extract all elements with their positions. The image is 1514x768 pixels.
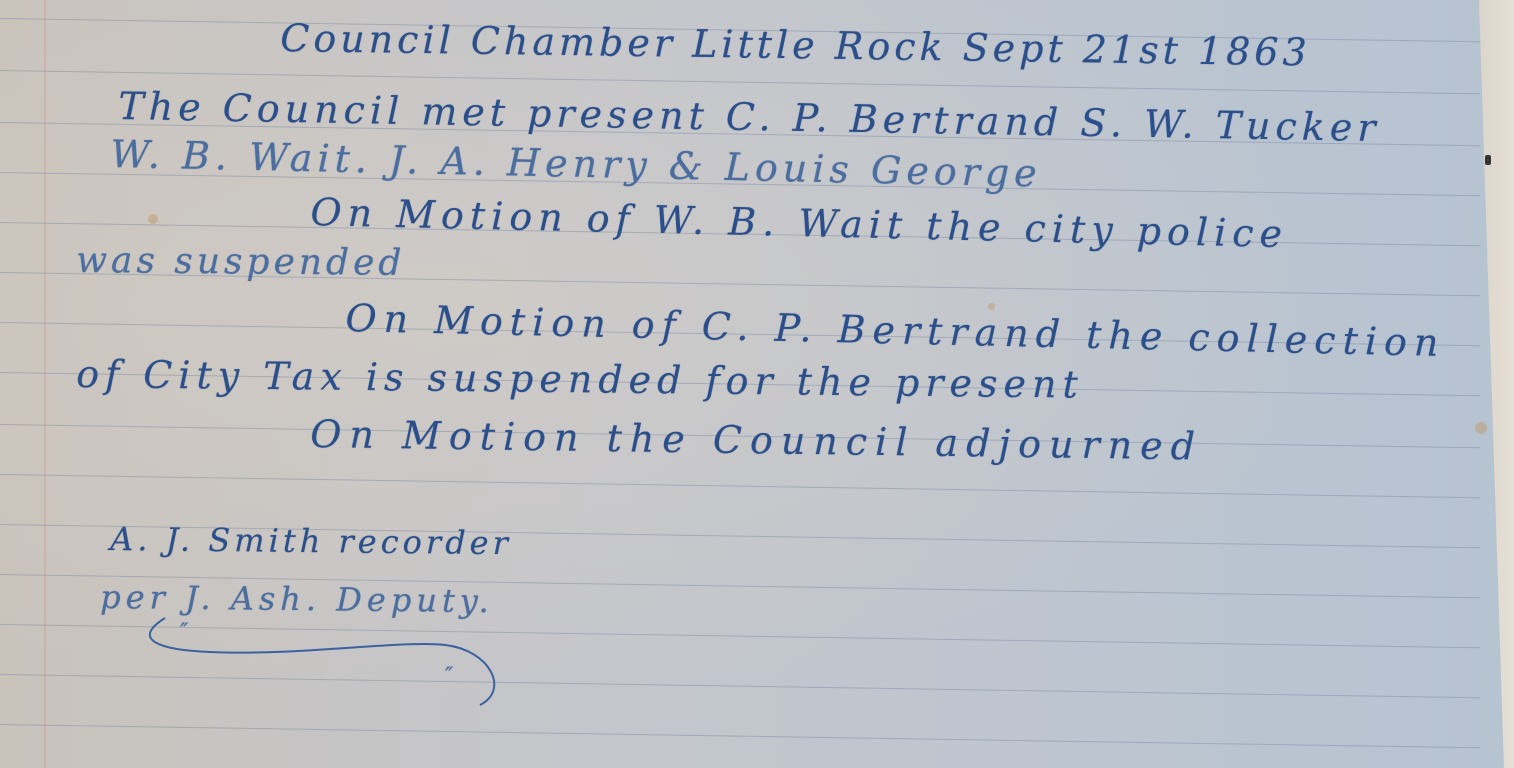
signature-flourish bbox=[0, 0, 1514, 768]
paper-stain bbox=[1475, 422, 1487, 434]
paper-stain bbox=[988, 303, 995, 310]
ledger-page: Council Chamber Little Rock Sept 21st 18… bbox=[0, 0, 1514, 768]
paper-stain bbox=[148, 214, 158, 224]
binding-mark bbox=[1485, 155, 1491, 165]
ditto-mark: ″ bbox=[180, 620, 188, 645]
ditto-mark: ″ bbox=[445, 664, 453, 689]
